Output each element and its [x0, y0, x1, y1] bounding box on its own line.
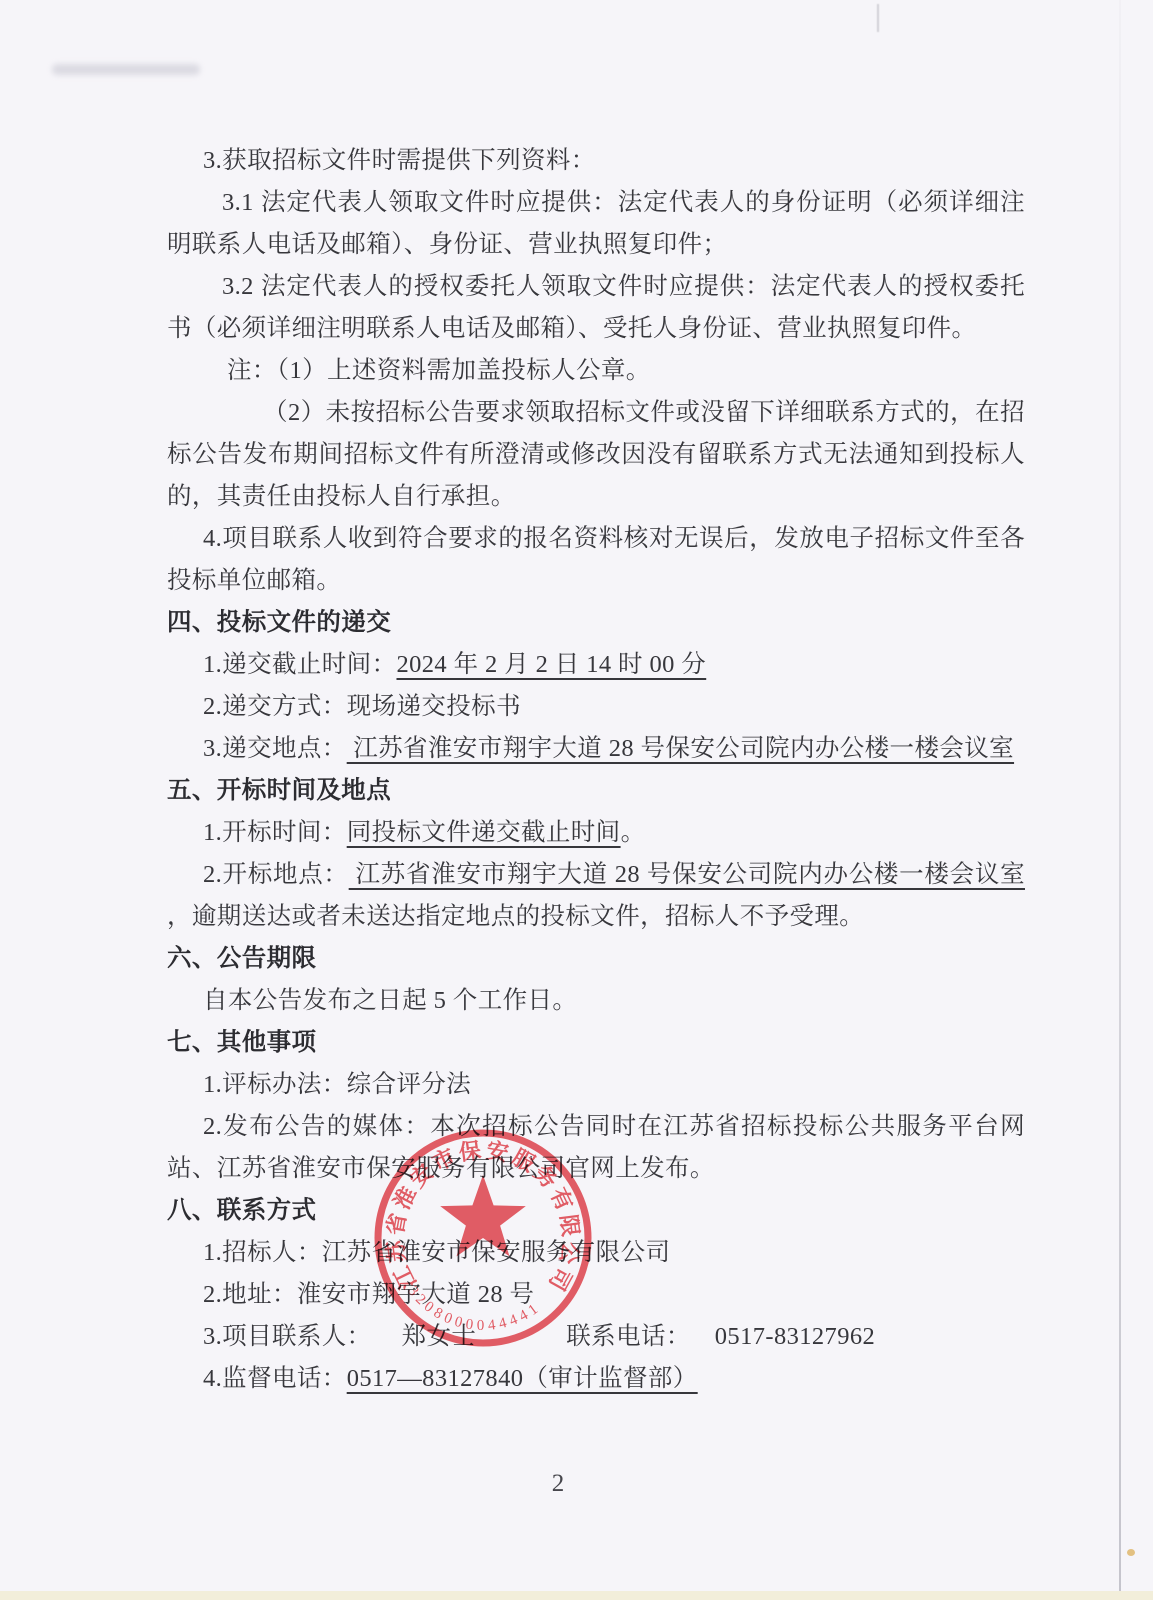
paragraph: 1.招标人：江苏省淮安市保安服务有限公司 [167, 1232, 1025, 1274]
text-segment: 1.递交截止时间： [203, 651, 396, 678]
text-segment: 2.发布公告的媒体：本次招标公告同时在江苏省招标投标公共服务平台网站、江苏省淮安… [167, 1113, 1025, 1182]
text-segment: 1.开标时间： [203, 819, 347, 846]
text-segment: 四、投标文件的递交 [167, 609, 391, 636]
underlined-text: 同投标文件递交截止时间 [347, 819, 621, 846]
text-segment: 联系电话： [566, 1323, 691, 1350]
paragraph: 2.发布公告的媒体：本次招标公告同时在江苏省招标投标公共服务平台网站、江苏省淮安… [167, 1106, 1025, 1190]
underlined-text: 江苏省淮安市翔宇大道 28 号保安公司院内办公楼一楼会议室 [349, 861, 1025, 888]
content: 3.获取招标文件时需提供下列资料：3.1 法定代表人领取文件时应提供：法定代表人… [167, 140, 1025, 1400]
text-segment: 4.项目联系人收到符合要求的报名资料核对无误后，发放电子招标文件至各投标单位邮箱… [167, 525, 1025, 594]
page-edge-line [1119, 0, 1121, 1600]
page-number: 2 [528, 1470, 588, 1498]
paragraph: 3.获取招标文件时需提供下列资料： [167, 140, 1025, 182]
text-segment: 1.招标人：江苏省淮安市保安服务有限公司 [203, 1239, 670, 1266]
paragraph: 4.项目联系人收到符合要求的报名资料核对无误后，发放电子招标文件至各投标单位邮箱… [167, 518, 1025, 602]
paragraph: 3.1 法定代表人领取文件时应提供：法定代表人的身份证明（必须详细注明联系人电话… [167, 182, 1025, 266]
text-segment: 3.项目联系人： [203, 1323, 372, 1350]
text-segment: 郑女士 [402, 1323, 477, 1350]
section-heading: 七、其他事项 [167, 1022, 1025, 1064]
text-segment: 。 [621, 819, 646, 846]
text-segment: 4.监督电话： [203, 1365, 347, 1392]
text-segment: （2）未按招标公告要求领取招标文件或没留下详细联系方式的，在招标公告发布期间招标… [167, 399, 1025, 510]
document-page: 3.获取招标文件时需提供下列资料：3.1 法定代表人领取文件时应提供：法定代表人… [0, 0, 1153, 1600]
underlined-text: 江苏省淮安市翔宇大道 28 号保安公司院内办公楼一楼会议室 [347, 735, 1014, 762]
text-segment: 3.2 法定代表人的授权委托人领取文件时应提供：法定代表人的授权委托书（必须详细… [167, 273, 1025, 342]
underlined-text: 2024 年 2 月 2 日 14 时 00 分 [396, 651, 706, 678]
section-heading: 五、开标时间及地点 [167, 770, 1025, 812]
scan-speck [1127, 1549, 1135, 1556]
section-heading: 六、公告期限 [167, 938, 1025, 980]
text-segment: 1.评标办法：综合评分法 [203, 1071, 471, 1098]
text-segment: ，逾期送达或者未送达指定地点的投标文件，招标人不予受理。 [167, 903, 864, 930]
text-segment: 3.获取招标文件时需提供下列资料： [203, 147, 596, 174]
underlined-text: 0517—83127840（审计监督部） [347, 1365, 698, 1392]
text-segment: 注：（1）上述资料需加盖投标人公章。 [227, 357, 651, 384]
paragraph: 3.2 法定代表人的授权委托人领取文件时应提供：法定代表人的授权委托书（必须详细… [167, 266, 1025, 350]
scan-bottom-band [0, 1591, 1153, 1600]
text-segment: 七、其他事项 [167, 1029, 316, 1056]
paragraph: 1.开标时间：同投标文件递交截止时间。 [167, 812, 1025, 854]
scan-smudge [52, 64, 200, 75]
paragraph: 1.评标办法：综合评分法 [167, 1064, 1025, 1106]
text-segment: 八、联系方式 [167, 1197, 316, 1224]
text-segment: 2.开标地点： [203, 861, 349, 888]
text-segment: 2.地址：淮安市翔宇大道 28 号 [203, 1281, 534, 1308]
paragraph: （2）未按招标公告要求领取招标文件或没留下详细联系方式的，在招标公告发布期间招标… [167, 392, 1025, 518]
paragraph: 2.地址：淮安市翔宇大道 28 号 [167, 1274, 1025, 1316]
text-segment: 3.1 法定代表人领取文件时应提供：法定代表人的身份证明（必须详细注明联系人电话… [167, 189, 1025, 258]
text-segment: 0517-83127962 [715, 1323, 875, 1350]
paragraph: 1.递交截止时间：2024 年 2 月 2 日 14 时 00 分 [167, 644, 1025, 686]
section-heading: 八、联系方式 [167, 1190, 1025, 1232]
text-segment: 2.递交方式：现场递交投标书 [203, 693, 521, 720]
scan-scratch [877, 4, 879, 32]
paragraph: 2.递交方式：现场递交投标书 [167, 686, 1025, 728]
section-heading: 四、投标文件的递交 [167, 602, 1025, 644]
text-segment: 自本公告发布之日起 5 个工作日。 [203, 987, 577, 1014]
paragraph: 3.项目联系人：郑女士联系电话：0517-83127962 [167, 1316, 1025, 1358]
text-segment: 五、开标时间及地点 [167, 777, 391, 804]
paragraph: 自本公告发布之日起 5 个工作日。 [167, 980, 1025, 1022]
paragraph: 注：（1）上述资料需加盖投标人公章。 [167, 350, 1025, 392]
text-segment: 3.递交地点： [203, 735, 347, 762]
text-segment: 六、公告期限 [167, 945, 316, 972]
paragraph: 3.递交地点： 江苏省淮安市翔宇大道 28 号保安公司院内办公楼一楼会议室 [167, 728, 1025, 770]
paragraph: 2.开标地点： 江苏省淮安市翔宇大道 28 号保安公司院内办公楼一楼会议室 ，逾… [167, 854, 1025, 938]
paragraph: 4.监督电话：0517—83127840（审计监督部） [167, 1358, 1025, 1400]
